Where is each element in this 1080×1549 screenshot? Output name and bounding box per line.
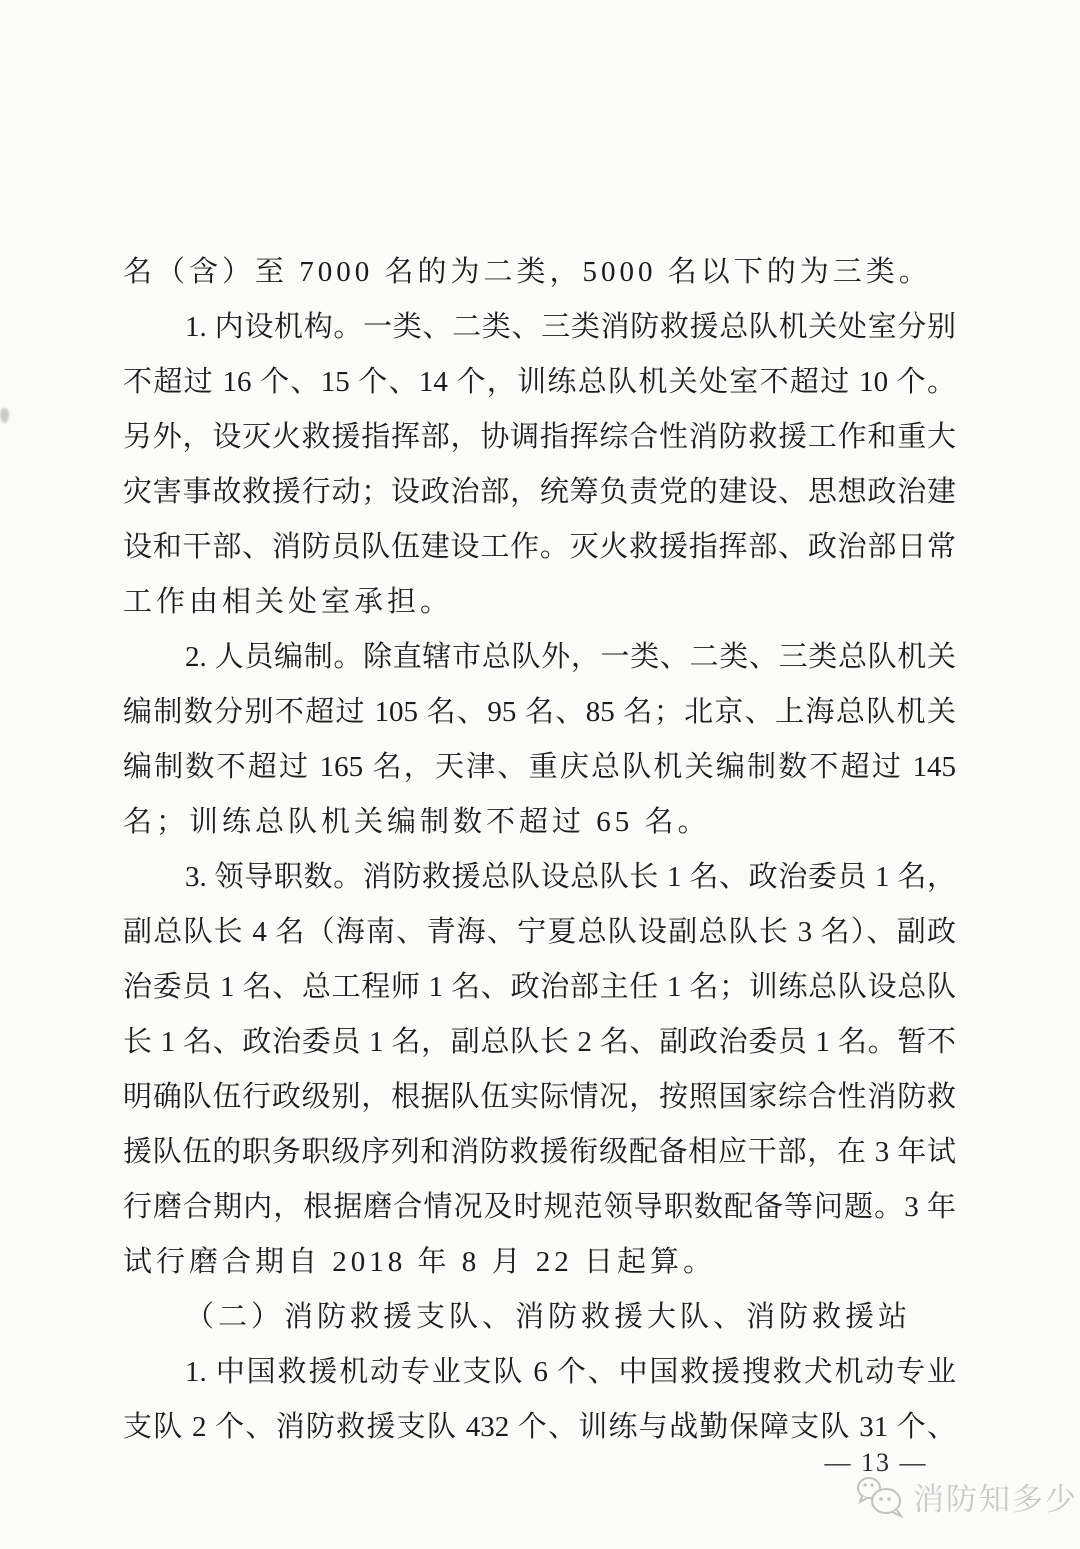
text-line: 支队 2 个、消防救援支队 432 个、训练与战勤保障支队 31 个、 — [123, 1400, 956, 1455]
text-line: 1. 内设机构。一类、二类、三类消防救援总队机关处室分别 — [123, 300, 956, 355]
text-line: 编制数分别不超过 105 名、95 名、85 名；北京、上海总队机关 — [123, 685, 956, 740]
text-line: 长 1 名、政治委员 1 名，副总队长 2 名、副政治委员 1 名。暂不 — [123, 1015, 956, 1070]
text-line: 治委员 1 名、总工程师 1 名、政治部主任 1 名；训练总队设总队 — [123, 960, 956, 1015]
section-heading-line: （二）消防救援支队、消防救援大队、消防救援站 — [123, 1290, 956, 1345]
text-line: 工作由相关处室承担。 — [123, 575, 956, 630]
text-line: 灾害事故救援行动；设政治部，统筹负责党的建设、思想政治建 — [123, 465, 956, 520]
wechat-bubbles-icon — [856, 1475, 906, 1519]
text-line: 副总队长 4 名（海南、青海、宁夏总队设副总队长 3 名）、副政 — [123, 905, 956, 960]
text-line: 不超过 16 个、15 个、14 个，训练总队机关处室不超过 10 个。 — [123, 355, 956, 410]
text-line: 名（含）至 7000 名的为二类，5000 名以下的为三类。 — [123, 245, 956, 300]
watermark-label: 消防知多少 — [913, 1474, 1078, 1519]
text-line: 另外，设灭火救援指挥部，协调指挥综合性消防救援工作和重大 — [123, 410, 956, 465]
document-body: 名（含）至 7000 名的为二类，5000 名以下的为三类。 1. 内设机构。一… — [123, 245, 956, 1455]
text-line: 1. 中国救援机动专业支队 6 个、中国救援搜救犬机动专业 — [123, 1345, 956, 1400]
text-line: 3. 领导职数。消防救援总队设总队长 1 名、政治委员 1 名， — [123, 850, 956, 905]
text-line: 援队伍的职务职级序列和消防救援衔级配备相应干部，在 3 年试 — [123, 1125, 956, 1180]
text-line: 明确队伍行政级别，根据队伍实际情况，按照国家综合性消防救 — [123, 1070, 956, 1125]
text-line: 名；训练总队机关编制数不超过 65 名。 — [123, 795, 956, 850]
text-line: 行磨合期内，根据磨合情况及时规范领导职数配备等问题。3 年 — [123, 1180, 956, 1235]
text-line: 2. 人员编制。除直辖市总队外，一类、二类、三类总队机关 — [123, 630, 956, 685]
text-line: 编制数不超过 165 名，天津、重庆总队机关编制数不超过 145 — [123, 740, 956, 795]
text-line: 设和干部、消防员队伍建设工作。灭火救援指挥部、政治部日常 — [123, 520, 956, 575]
watermark: 消防知多少 — [856, 1474, 1078, 1519]
scanned-document-page: { "page": { "background": "#fbfbf9", "in… — [0, 0, 1080, 1549]
text-line: 试行磨合期自 2018 年 8 月 22 日起算。 — [123, 1235, 956, 1290]
scan-artifact — [0, 408, 9, 423]
